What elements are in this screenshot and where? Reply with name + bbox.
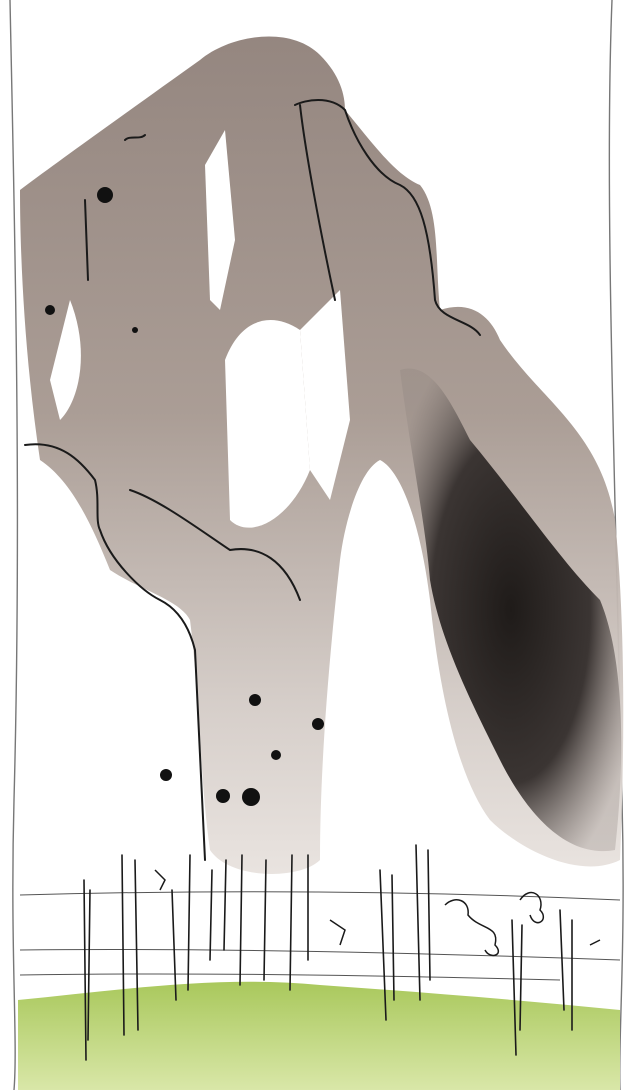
artwork-canvas	[0, 0, 640, 1090]
foliage-scribbles	[155, 870, 600, 955]
horizon-lines	[20, 892, 620, 980]
grass-wash	[18, 982, 620, 1090]
